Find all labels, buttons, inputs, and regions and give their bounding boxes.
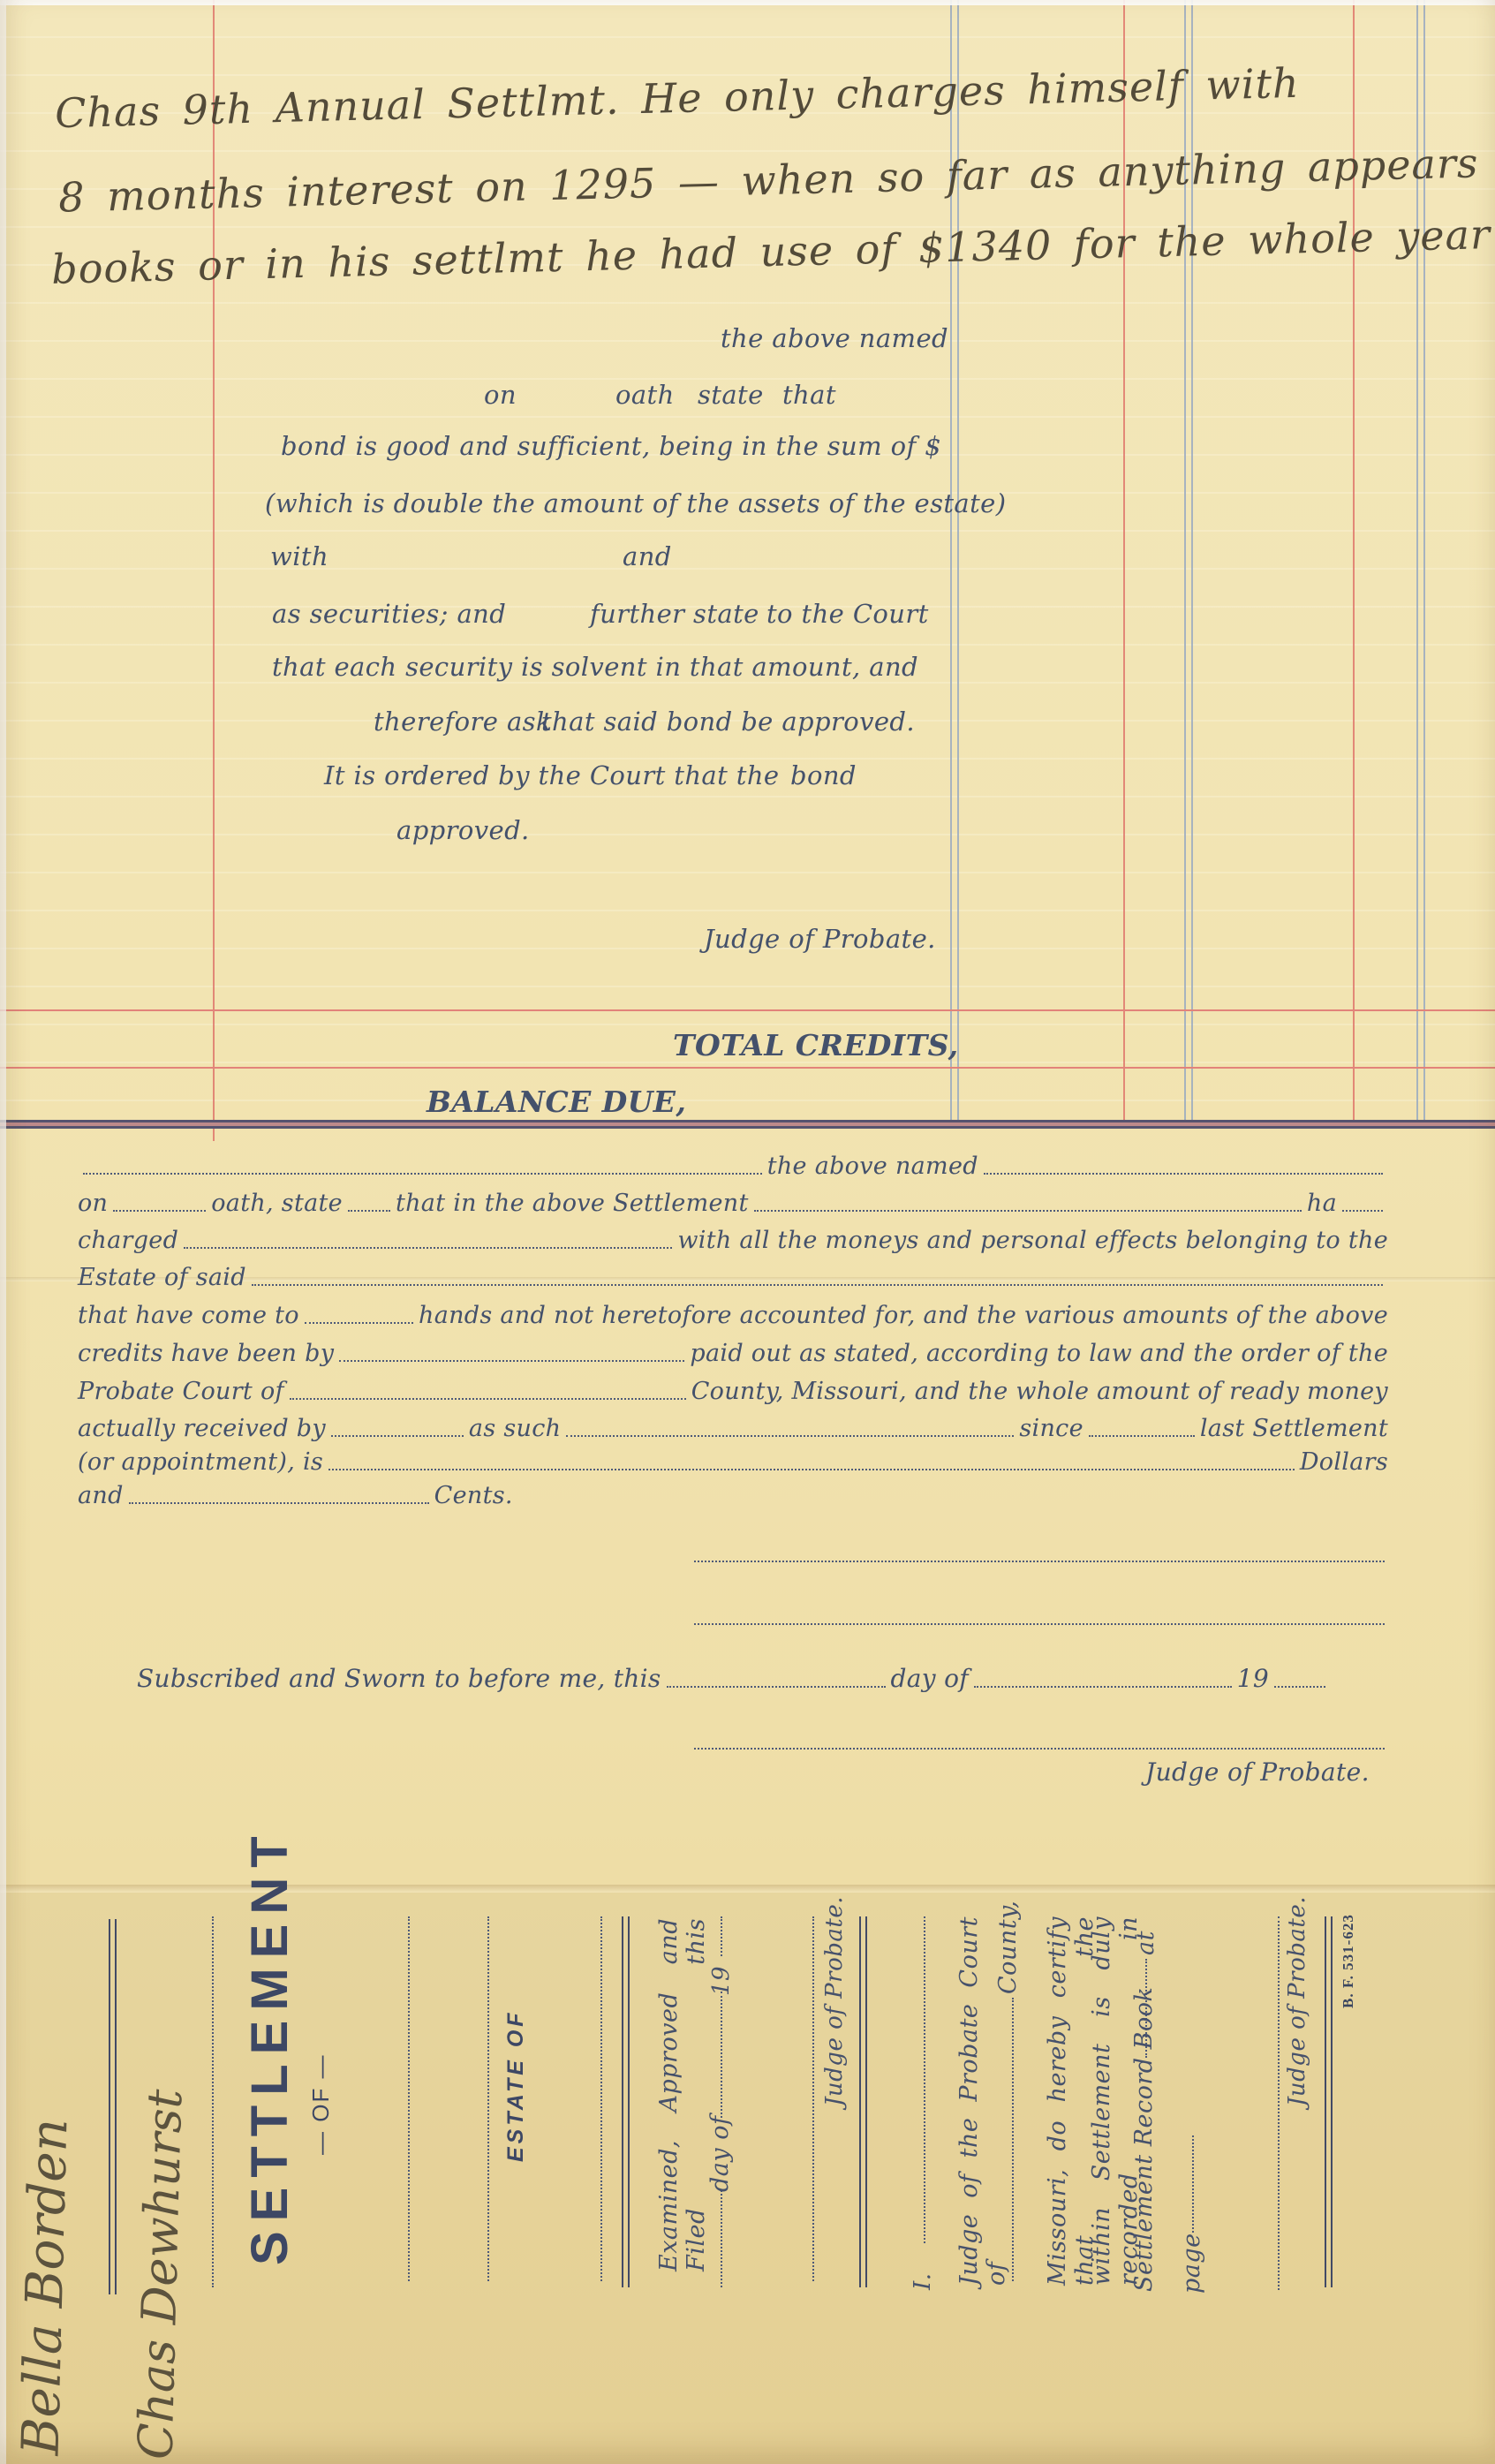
judge-of-probate-back-2: Judge of Probate. <box>1284 1930 1310 2106</box>
judge-of-probate-jurat: Judge of Probate. <box>1145 1757 1370 1787</box>
scan-edge-left <box>0 0 6 2464</box>
year-prefix: 19 <box>1237 1664 1269 1693</box>
affidavit-text: with all the moneys and personal effects… <box>677 1227 1388 1254</box>
affidavit-row-2: on oath, state that in the above Settlem… <box>78 1190 1388 1217</box>
bond-word: bond <box>790 760 857 790</box>
total-credits-label: TOTAL CREDITS, <box>673 1028 959 1062</box>
day-of-label: day of <box>891 1664 969 1693</box>
settlement-record-book-label: Settlement Record Book <box>1130 2062 1158 2292</box>
blank-line <box>113 1209 206 1212</box>
affidavit-text: last Settlement <box>1200 1415 1388 1442</box>
blank-line <box>83 1172 762 1175</box>
judge-of-probate-back-1: Judge of Probate. <box>821 1930 848 2106</box>
affidavit-row-5: that have come to hands and not heretofo… <box>78 1302 1388 1329</box>
sworn-row: Subscribed and Sworn to before me, this … <box>137 1664 1331 1693</box>
blank-line <box>305 1321 413 1324</box>
page-label: page <box>1178 2236 1205 2294</box>
form-number: B. F. 531-623 <box>1340 1924 1357 2008</box>
affidavit-row-1: the above named <box>78 1153 1388 1180</box>
affidavit-row-9: (or appointment), is Dollars <box>78 1448 1388 1476</box>
affidavit-row-10: and Cents. <box>78 1482 572 1509</box>
blank-line <box>667 1685 886 1688</box>
blank-line <box>348 1209 390 1212</box>
red-horizontal-rule-2 <box>0 1067 1495 1069</box>
blank-line <box>184 1246 672 1249</box>
county-blank <box>1012 1998 1014 2281</box>
blank-line <box>331 1434 464 1437</box>
judge-of-probate-upper: Judge of Probate. <box>704 924 936 954</box>
with-word: with <box>270 541 328 571</box>
page-blank <box>1192 2135 1194 2233</box>
to-the-court-label: to the Court <box>766 599 929 629</box>
judge-signature-line <box>694 1747 1385 1750</box>
handwritten-note-line-2: 8 months interest on 1295 — when so far … <box>58 137 1495 221</box>
affidavit-text: Dollars <box>1300 1448 1388 1476</box>
at-label: at <box>1132 1918 1159 1955</box>
day-of-blank-mid <box>721 1992 722 2118</box>
signature-2: Chas Dewhurst <box>127 2079 193 2460</box>
balance-due-label: BALANCE DUE, <box>427 1085 686 1119</box>
bond-sufficient-line: bond is good and sufficient, being in th… <box>281 431 941 461</box>
fold-crease-lower <box>0 1885 1495 1893</box>
affidavit-text: (or appointment), is <box>78 1448 323 1476</box>
affidavit-text: and <box>78 1482 124 1509</box>
approved-word: approved. <box>396 815 530 845</box>
blank-line <box>339 1359 684 1362</box>
docket-double-rule-4 <box>1325 1916 1333 2287</box>
docket-dotted-line-1 <box>212 1916 214 2287</box>
of-label: — OF — <box>307 2056 335 2155</box>
scanned-settlement-document: Chas 9th Annual Settlmt. He only charges… <box>0 0 1495 2464</box>
signature-1: Bella Borden <box>10 2013 81 2456</box>
affidavit-text: County, Missouri, and the whole amount o… <box>691 1378 1388 1405</box>
affidavit-text: the above named <box>767 1153 978 1180</box>
handwritten-note-line-1: Chas 9th Annual Settlmt. He only charges… <box>55 59 1301 137</box>
sworn-text: Subscribed and Sworn to before me, this <box>137 1664 661 1693</box>
securities-label: as securities; and <box>272 599 506 629</box>
on-word: on <box>484 380 517 410</box>
i-label: I. <box>910 2248 936 2290</box>
affidavit-text: credits have been by <box>78 1340 334 1367</box>
affidavit-text: on <box>78 1190 108 1217</box>
day-of-label-back: day of <box>706 2121 734 2192</box>
solvent-line: that each security is solvent in that am… <box>272 652 918 682</box>
affidavit-text: oath, state <box>211 1190 343 1217</box>
docket-double-rule-3 <box>859 1916 867 2287</box>
affidavit-text: Cents. <box>434 1482 513 1509</box>
day-of-blank-lower <box>721 2190 722 2287</box>
blank-line <box>328 1468 1295 1470</box>
affidavit-text: actually received by <box>78 1415 326 1442</box>
double-amount-line: (which is double the amount of the asset… <box>265 488 1006 518</box>
signature-blank-line-2 <box>694 1622 1385 1625</box>
signature-blank-line-1 <box>694 1560 1385 1562</box>
docket-double-rule-1 <box>109 1919 117 2294</box>
blank-line <box>754 1209 1302 1212</box>
back-panel-shade <box>0 1893 1495 2464</box>
heavy-double-rule <box>0 1120 1495 1129</box>
affidavit-text: since <box>1019 1415 1083 1442</box>
affidavit-text: hands and not heretofore accounted for, … <box>419 1302 1388 1329</box>
county-label: County, <box>994 1916 1022 1994</box>
blank-line <box>1089 1434 1195 1437</box>
ordered-by-court-line: It is ordered by the Court that the <box>324 760 779 790</box>
blank-line <box>974 1685 1232 1688</box>
affidavit-text: Probate Court of <box>78 1378 284 1405</box>
affidavit-row-4: Estate of said <box>78 1264 1388 1291</box>
affidavit-text: that have come to <box>78 1302 299 1329</box>
affidavit-text: Estate of said <box>78 1264 246 1291</box>
day-of-blank-upper <box>721 1916 722 1956</box>
judge-signature-blank-2 <box>1278 1916 1280 2290</box>
affidavit-text: paid out as stated, according to law and… <box>690 1340 1388 1367</box>
handwritten-note-line-3: books or in his settlmt he had use of $1… <box>51 210 1491 293</box>
settlement-title: SETTLEMENT <box>240 1946 299 2265</box>
above-named-label: the above named <box>721 323 948 353</box>
docket-dotted-line-4 <box>600 1916 602 2281</box>
further-state-label: further state <box>590 599 759 629</box>
scan-edge-top <box>0 0 1495 5</box>
year-prefix-back: 19 <box>708 1961 735 1996</box>
blank-line <box>252 1283 1383 1286</box>
estate-of-label: ESTATE OF <box>503 2047 529 2162</box>
affidavit-text: charged <box>78 1227 178 1254</box>
that-word: that <box>782 380 836 410</box>
and-word: and <box>623 541 672 571</box>
judge-name-blank <box>924 1916 925 2243</box>
blank-line <box>1342 1209 1383 1212</box>
affidavit-text: as such <box>469 1415 561 1442</box>
bond-approved-label: that said bond be approved. <box>541 707 915 737</box>
red-horizontal-rule-1 <box>0 1009 1495 1011</box>
affidavit-text: that in the above Settlement <box>396 1190 749 1217</box>
examined-approved-line: Examined, Approved and Filed this <box>655 1918 710 2271</box>
blank-line <box>290 1397 686 1400</box>
affidavit-row-7: Probate Court of County, Missouri, and t… <box>78 1378 1388 1405</box>
blank-line <box>129 1501 429 1504</box>
oath-word: oath <box>615 380 675 410</box>
blank-line <box>1274 1685 1325 1688</box>
blank-line <box>566 1434 1014 1437</box>
judge-signature-blank-1 <box>812 1916 814 2281</box>
docket-double-rule-2 <box>622 1916 630 2287</box>
docket-dotted-line-3 <box>487 1916 489 2281</box>
therefore-ask-label: therefore ask <box>374 707 552 737</box>
affidavit-row-6: credits have been by paid out as stated,… <box>78 1340 1388 1367</box>
affidavit-row-3: charged with all the moneys and personal… <box>78 1227 1388 1254</box>
state-word: state <box>698 380 764 410</box>
affidavit-text: ha <box>1307 1190 1337 1217</box>
docket-dotted-line-2 <box>408 1916 410 2281</box>
affidavit-row-8: actually received by as such since last … <box>78 1415 1388 1442</box>
blank-line <box>984 1172 1383 1175</box>
